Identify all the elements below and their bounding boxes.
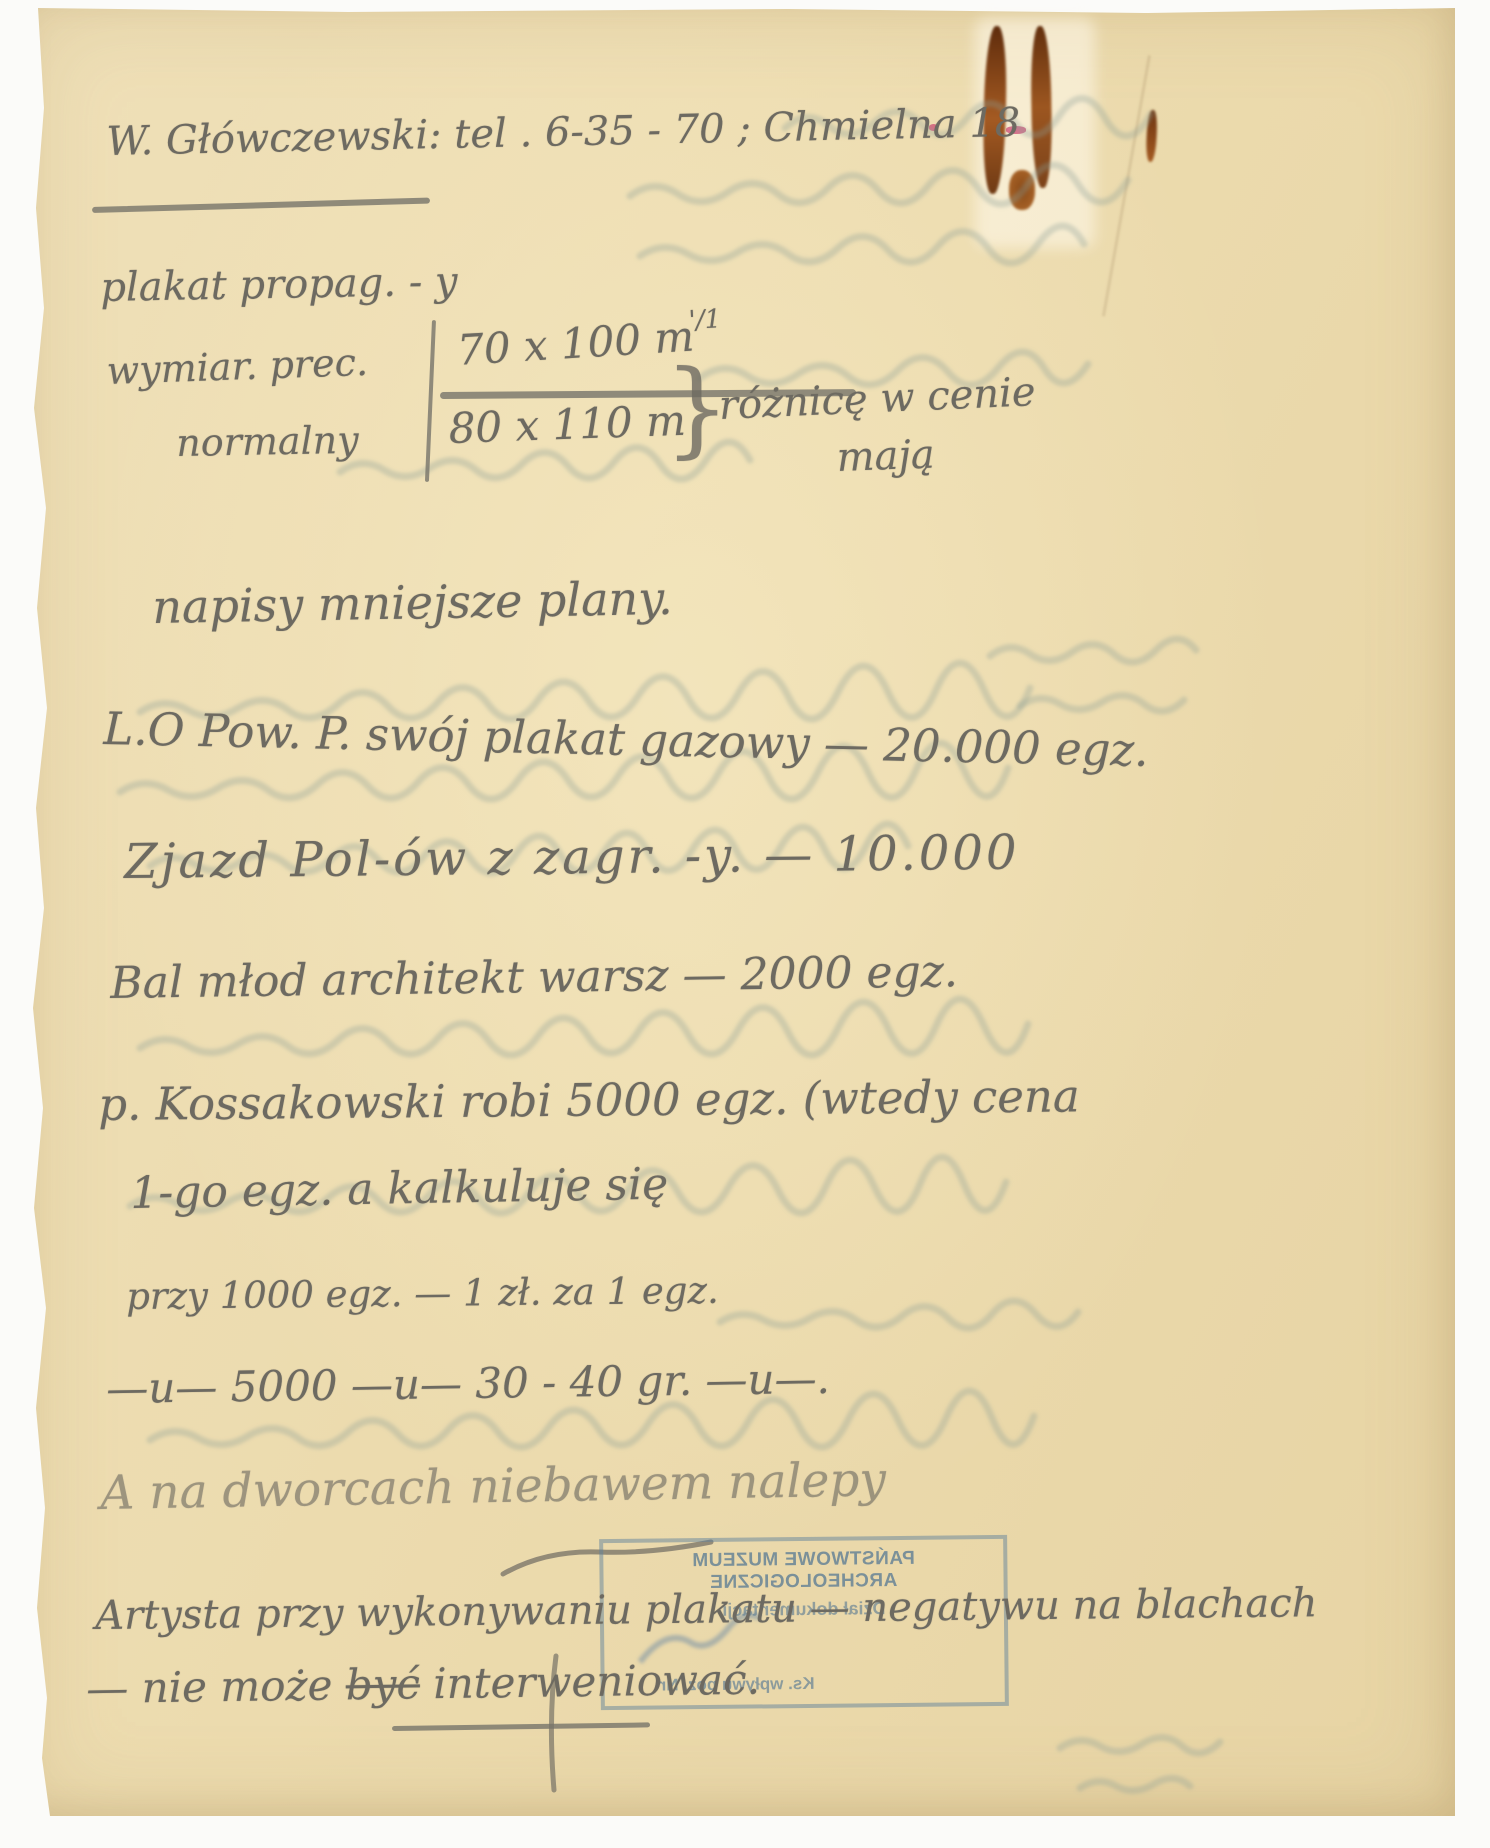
note-line-przy1000: przy 1000 egz. — 1 zł. za 1 egz.	[126, 1272, 719, 1315]
scan-background: PAŃSTWOWE MUZEUM ARCHEOLOGICZNE Dział do…	[0, 0, 1490, 1848]
dim-note-maja: mają	[836, 435, 935, 478]
note-line-artysta: Artysta przy wykonywaniu plakatu — negat…	[95, 1583, 1318, 1636]
nie-moze-prefix: — nie może	[86, 1660, 346, 1713]
note-line-przy5000: —u— 5000 —u— 30 - 40 gr. —u—.	[106, 1358, 830, 1410]
nie-moze-struck-word: być	[345, 1659, 420, 1709]
note-line-dworce: A na dworcach niebawem nalepy	[100, 1456, 886, 1517]
note-line-bal: Bal młod architekt warsz — 2000 egz.	[110, 950, 958, 1006]
dim-label-precise: wymiar. prec.	[106, 343, 368, 390]
nie-moze-suffix: interweniować.	[420, 1655, 761, 1709]
note-line-kalkulacja: 1-go egz. a kalkuluje się	[130, 1163, 669, 1216]
note-line-napisy: napisy mniejsze plany.	[152, 575, 673, 630]
dim-size-top-mark: '/1	[688, 306, 722, 334]
rust-stain	[1009, 170, 1035, 210]
dim-size-bottom: 80 x 110 m	[448, 400, 687, 450]
note-line-kossakowski: p. Kossakowski robi 5000 egz. (wtedy cen…	[98, 1073, 1080, 1127]
note-line-plakat: plakat propag. - y	[100, 262, 458, 308]
note-line-nie-moze: — nie może być interweniować.	[86, 1659, 760, 1710]
dim-label-normal: normalny	[176, 421, 359, 462]
note-line-zjazd: Zjazd Pol-ów z zagr. -y. — 10.000	[124, 829, 1020, 886]
scanned-handwritten-note: { "note": { "header": "W. Główczewski: t…	[0, 0, 1490, 1848]
